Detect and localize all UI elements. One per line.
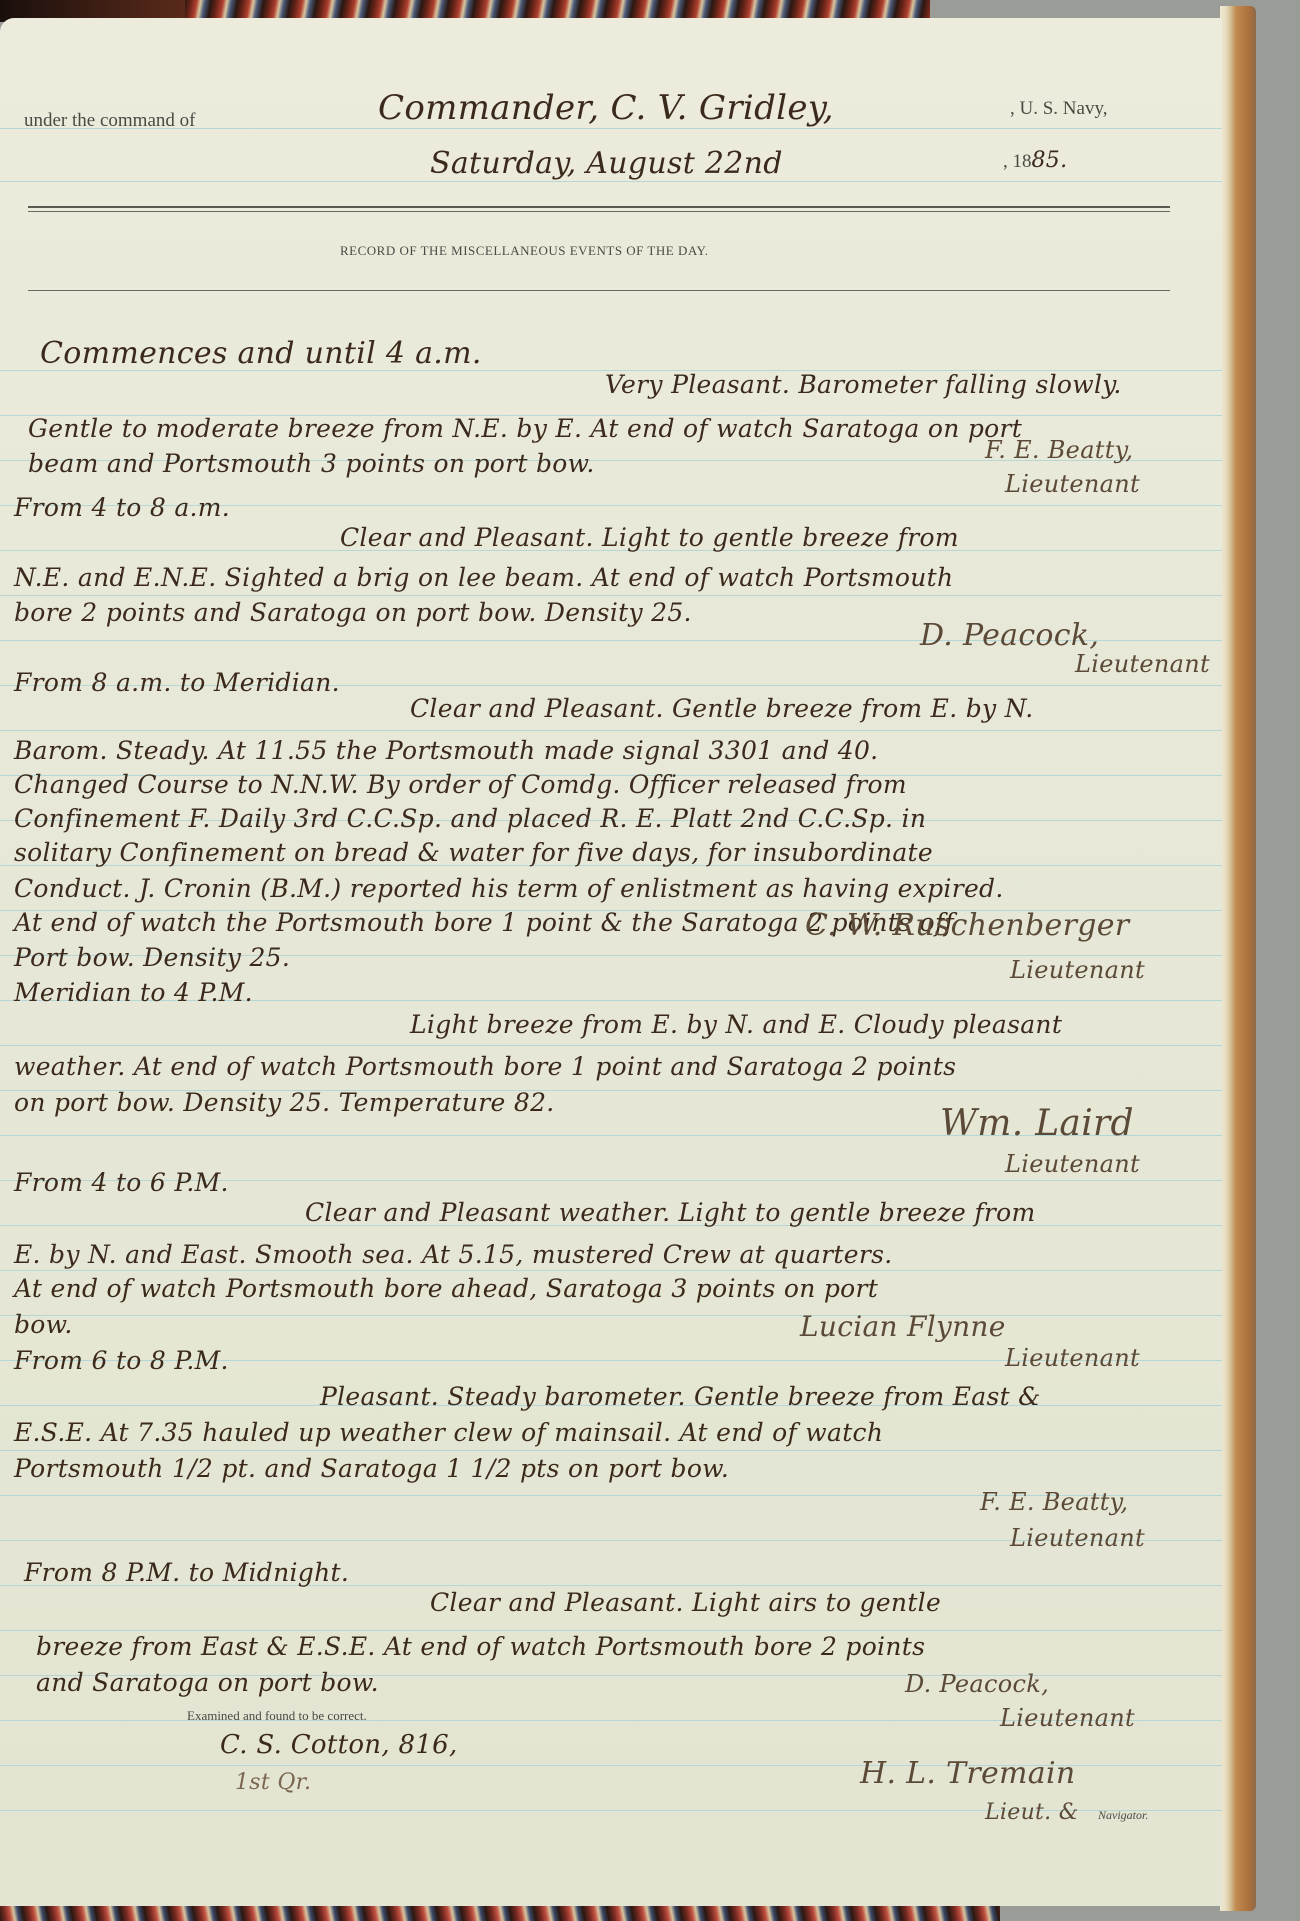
watch-line: Clear and Pleasant. Light to gentle bree… bbox=[340, 523, 959, 552]
navigator-signature: H. L. Tremain bbox=[860, 1756, 1075, 1791]
navy-label: , U. S. Navy, bbox=[1010, 98, 1107, 120]
watch-line: Pleasant. Steady barometer. Gentle breez… bbox=[320, 1382, 1041, 1411]
watch-line: E.S.E. At 7.35 hauled up weather clew of… bbox=[14, 1418, 883, 1447]
watch-heading: From 8 a.m. to Meridian. bbox=[14, 668, 340, 697]
header-divider bbox=[28, 206, 1170, 208]
officer-signature: Wm. Laird bbox=[940, 1103, 1134, 1144]
watch-line: weather. At end of watch Portsmouth bore… bbox=[14, 1052, 956, 1081]
watch-heading: Commences and until 4 a.m. bbox=[40, 336, 482, 371]
watch-line: Port bow. Density 25. bbox=[14, 943, 290, 972]
officer-rank: Lieutenant bbox=[1010, 956, 1145, 984]
watch-line: Gentle to moderate breeze from N.E. by E… bbox=[28, 414, 1022, 443]
watch-heading: From 4 to 6 P.M. bbox=[14, 1168, 229, 1197]
watch-heading: From 6 to 8 P.M. bbox=[14, 1346, 229, 1375]
watch-line: Light breeze from E. by N. and E. Cloudy… bbox=[410, 1010, 1062, 1039]
watch-line: E. by N. and East. Smooth sea. At 5.15, … bbox=[14, 1240, 893, 1269]
examined-label: Examined and found to be correct. bbox=[187, 1708, 367, 1724]
commander-name: Commander, C. V. Gridley, bbox=[378, 88, 834, 128]
section-title: RECORD OF THE MISCELLANEOUS EVENTS OF TH… bbox=[340, 243, 709, 259]
officer-signature: Lucian Flynne bbox=[800, 1310, 1006, 1343]
watch-line: Barom. Steady. At 11.55 the Portsmouth m… bbox=[14, 736, 878, 765]
watch-line: Clear and Pleasant. Light airs to gentle bbox=[430, 1588, 941, 1617]
watch-line: N.E. and E.N.E. Sighted a brig on lee be… bbox=[14, 563, 953, 592]
year-label: , 1885. bbox=[1003, 148, 1067, 173]
examiner-quarter: 1st Qr. bbox=[235, 1770, 311, 1795]
officer-rank: Lieutenant bbox=[1005, 470, 1140, 498]
section-divider bbox=[28, 290, 1170, 291]
navigator-label: Navigator. bbox=[1098, 1808, 1148, 1823]
officer-rank: Lieutenant bbox=[1075, 650, 1210, 678]
watch-line: Confinement F. Daily 3rd C.C.Sp. and pla… bbox=[14, 804, 926, 833]
command-label: under the command of bbox=[24, 110, 195, 132]
watch-line: Clear and Pleasant weather. Light to gen… bbox=[305, 1198, 1036, 1227]
officer-rank: Lieutenant bbox=[1005, 1150, 1140, 1178]
logbook-page: under the command of Commander, C. V. Gr… bbox=[0, 18, 1222, 1906]
officer-signature: C. W. Ruschenberger bbox=[805, 908, 1129, 943]
watch-line: Very Pleasant. Barometer falling slowly. bbox=[605, 370, 1122, 399]
watch-heading: From 8 P.M. to Midnight. bbox=[24, 1558, 349, 1587]
watch-line: Changed Course to N.N.W. By order of Com… bbox=[14, 770, 907, 799]
navigator-rank-hand: Lieut. & bbox=[985, 1800, 1079, 1825]
officer-rank: Lieutenant bbox=[1005, 1344, 1140, 1372]
officer-signature: D. Peacock, bbox=[920, 618, 1099, 653]
year-prefix: , 18 bbox=[1003, 151, 1032, 172]
year-suffix: 85. bbox=[1032, 148, 1068, 173]
watch-line: Portsmouth 1/2 pt. and Saratoga 1 1/2 pt… bbox=[14, 1454, 729, 1483]
officer-rank: Lieutenant bbox=[1000, 1704, 1135, 1732]
watch-line: bore 2 points and Saratoga on port bow. … bbox=[14, 598, 692, 627]
watch-heading: From 4 to 8 a.m. bbox=[14, 493, 230, 522]
officer-signature: D. Peacock, bbox=[905, 1670, 1049, 1698]
watch-line: solitary Confinement on bread & water fo… bbox=[14, 838, 933, 867]
log-date: Saturday, August 22nd bbox=[430, 146, 783, 181]
watch-line: bow. bbox=[14, 1310, 73, 1339]
watch-line: breeze from East & E.S.E. At end of watc… bbox=[36, 1632, 925, 1661]
officer-signature: F. E. Beatty, bbox=[980, 1488, 1128, 1516]
watch-line: Conduct. J. Cronin (B.M.) reported his t… bbox=[14, 874, 1004, 903]
watch-line: Clear and Pleasant. Gentle breeze from E… bbox=[410, 694, 1034, 723]
examiner-signature: C. S. Cotton, 816, bbox=[220, 1730, 458, 1760]
officer-signature: F. E. Beatty, bbox=[985, 436, 1133, 464]
watch-heading: Meridian to 4 P.M. bbox=[14, 978, 253, 1007]
header-divider-thin bbox=[28, 211, 1170, 212]
officer-rank: Lieutenant bbox=[1010, 1524, 1145, 1552]
watch-line: and Saratoga on port bow. bbox=[36, 1668, 379, 1697]
watch-line: on port bow. Density 25. Temperature 82. bbox=[14, 1088, 555, 1117]
watch-line: At end of watch Portsmouth bore ahead, S… bbox=[14, 1274, 878, 1303]
watch-line: beam and Portsmouth 3 points on port bow… bbox=[28, 449, 595, 478]
page-stack-edge bbox=[1220, 6, 1256, 1911]
